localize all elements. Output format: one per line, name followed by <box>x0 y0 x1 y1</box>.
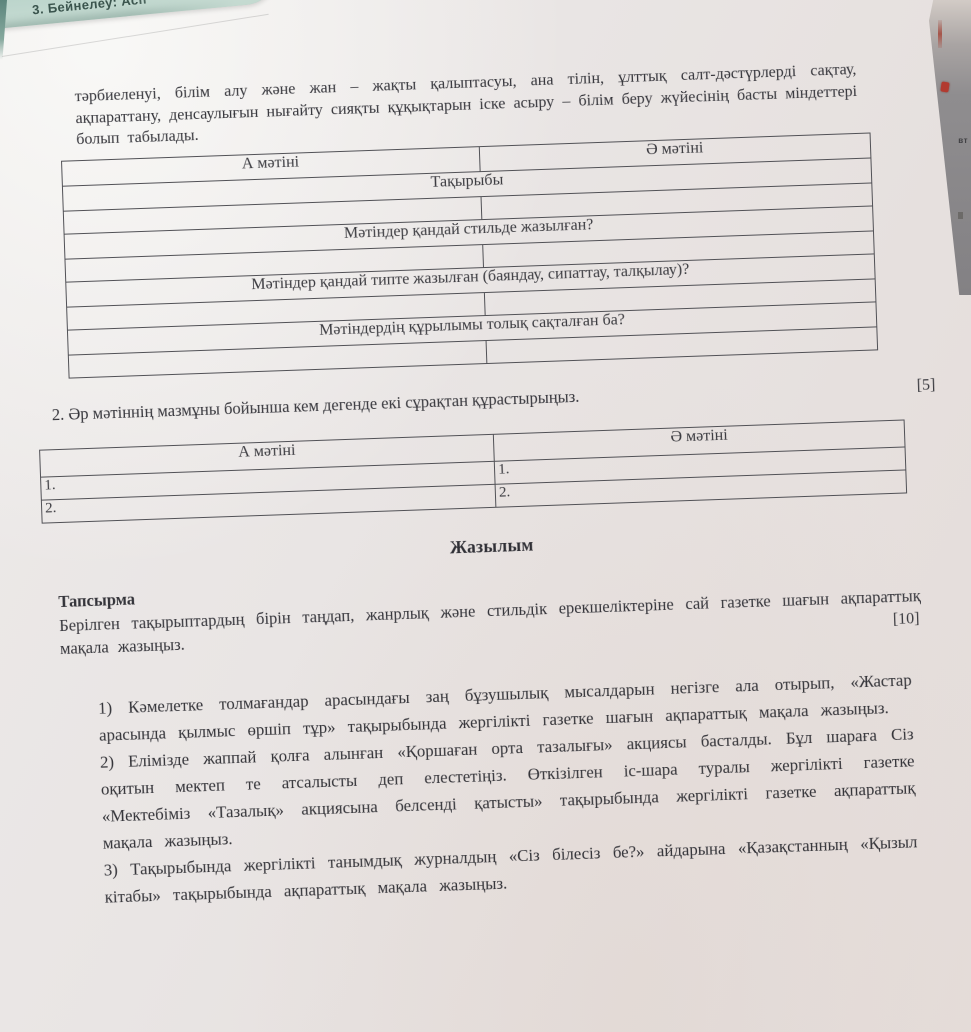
topics-list: 1) Кәмелетке толмағандар арасындағы заң … <box>98 666 919 910</box>
edge-dot <box>958 212 963 219</box>
task-score: [10] <box>892 607 919 631</box>
section-heading: Жазылым <box>41 520 943 572</box>
questions-table: А мәтіні Ә мәтіні 1. 1. 2. 2. <box>39 419 907 523</box>
red-mark <box>940 81 949 92</box>
red-streak-mark <box>938 20 942 48</box>
comparison-table: А мәтіні Ә мәтіні Тақырыбы Мәтіндер қанд… <box>61 132 878 378</box>
task2-score: [5] <box>916 376 935 395</box>
document-page: тәрбиеленуі, білім алу және жан – жақты … <box>23 13 955 912</box>
task2-line: 2. Әр мәтіннің мазмұны бойынша кем деген… <box>52 374 936 425</box>
task2-text: 2. Әр мәтіннің мазмұны бойынша кем деген… <box>52 386 580 424</box>
edge-text-fragment: вт <box>958 136 968 145</box>
